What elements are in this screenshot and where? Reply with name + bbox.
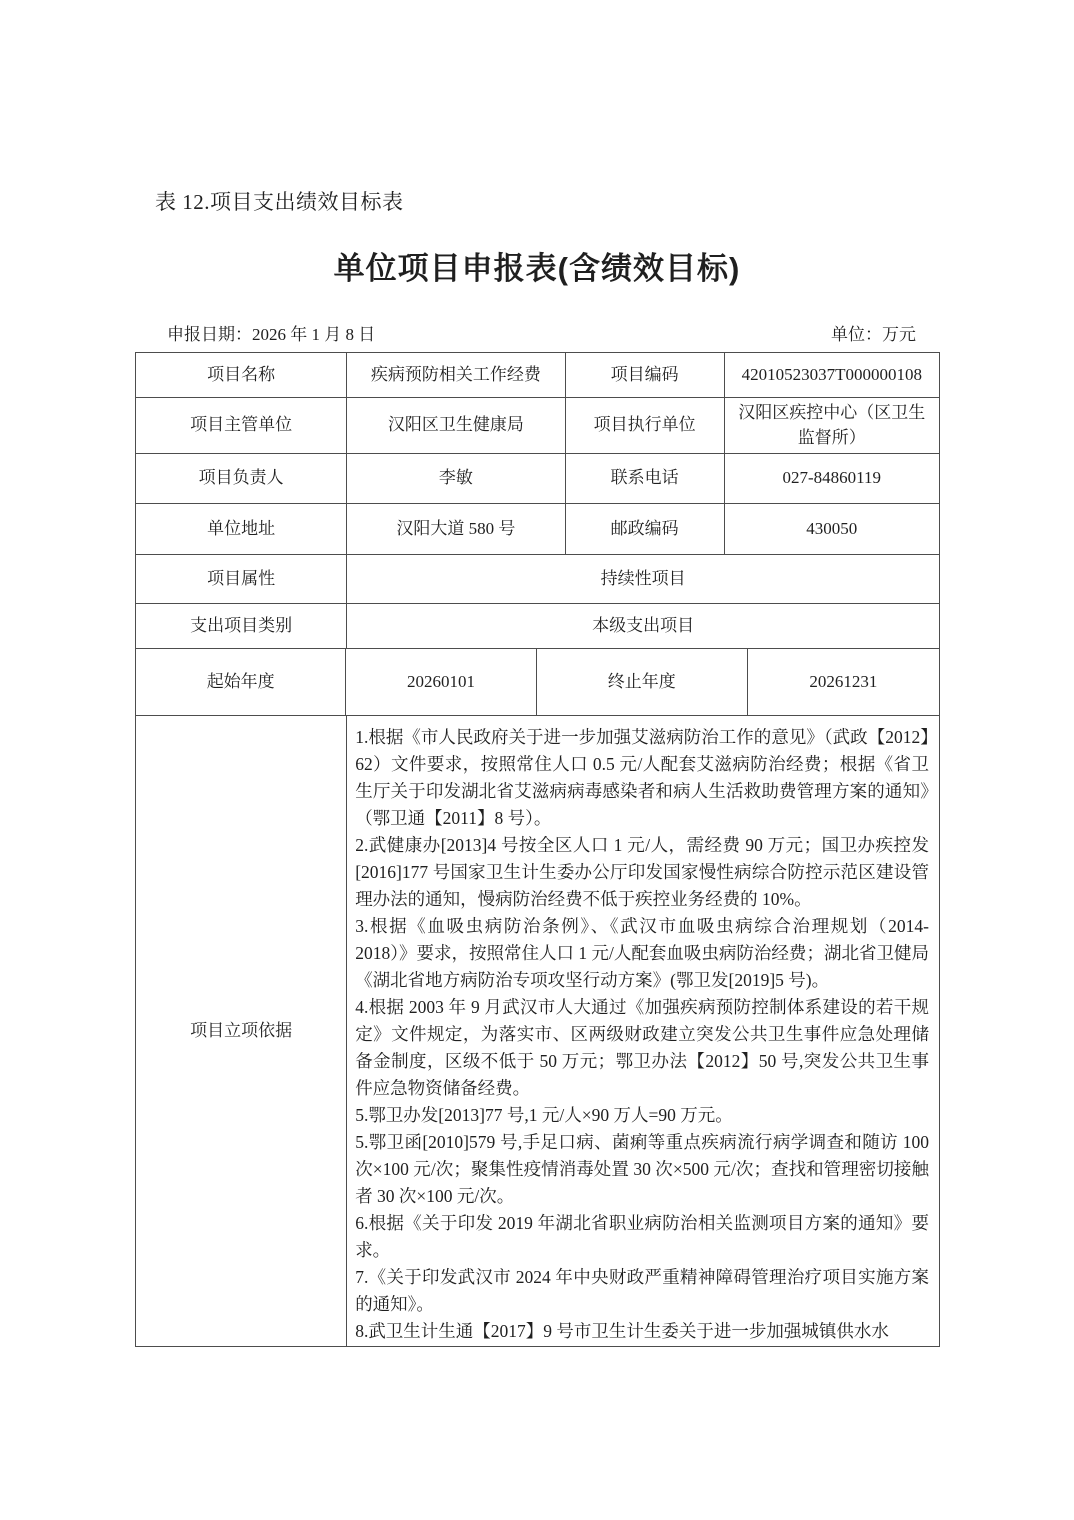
unit-address-label: 单位地址 <box>136 504 347 555</box>
executing-unit-value: 汉阳区疾控中心（区卫生监督所） <box>725 398 939 454</box>
basis-paragraph: 6.根据《关于印发 2019 年湖北省职业病防治相关监测项目方案的通知》要求。 <box>355 1210 929 1264</box>
end-year-label: 终止年度 <box>537 649 748 716</box>
table-row: 项目立项依据 1.根据《市人民政府关于进一步加强艾滋病防治工作的意见》（武政【2… <box>136 716 939 1346</box>
table-row: 支出项目类别 本级支出项目 <box>136 604 939 649</box>
basis-paragraph: 8.武卫生计生通【2017】9 号市卫生计生委关于进一步加强城镇供水水 <box>355 1318 929 1345</box>
start-year-value: 20260101 <box>346 649 536 716</box>
expenditure-category-value: 本级支出项目 <box>347 604 939 649</box>
project-form-table: 项目名称 疾病预防相关工作经费 项目编码 42010523037T0000001… <box>135 352 940 1347</box>
basis-paragraph: 7.《关于印发武汉市 2024 年中央财政严重精神障碍管理治疗项目实施方案的通知… <box>355 1264 929 1318</box>
project-leader-label: 项目负责人 <box>136 454 347 504</box>
project-leader-value: 李敏 <box>347 454 565 504</box>
executing-unit-label: 项目执行单位 <box>566 398 725 454</box>
table-row: 单位地址 汉阳大道 580 号 邮政编码 430050 <box>136 504 939 555</box>
project-attribute-value: 持续性项目 <box>347 555 939 604</box>
page-caption: 表 12.项目支出绩效目标表 <box>155 186 404 216</box>
table-row: 起始年度 20260101 终止年度 20261231 <box>136 649 939 716</box>
unit-address-value: 汉阳大道 580 号 <box>347 504 565 555</box>
declare-date: 申报日期：2026 年 1 月 8 日 <box>167 320 375 345</box>
project-attribute-label: 项目属性 <box>136 555 347 604</box>
unit-note: 单位：万元 <box>831 320 916 345</box>
contact-phone-value: 027-84860119 <box>725 454 939 504</box>
basis-paragraph: 5.鄂卫函[2010]579 号,手足口病、菌痢等重点疾病流行病学调查和随访 1… <box>355 1129 929 1210</box>
table-row: 项目名称 疾病预防相关工作经费 项目编码 42010523037T0000001… <box>136 353 939 398</box>
start-year-label: 起始年度 <box>136 649 346 716</box>
supervisor-unit-value: 汉阳区卫生健康局 <box>347 398 565 454</box>
expenditure-category-label: 支出项目类别 <box>136 604 347 649</box>
form-title: 单位项目申报表(含绩效目标) <box>0 243 1074 288</box>
project-basis-label: 项目立项依据 <box>136 716 347 1346</box>
basis-paragraph: 4.根据 2003 年 9 月武汉市人大通过《加强疾病预防控制体系建设的若干规定… <box>355 994 929 1102</box>
project-name-label: 项目名称 <box>136 353 347 398</box>
project-name-value: 疾病预防相关工作经费 <box>347 353 565 398</box>
table-row: 项目主管单位 汉阳区卫生健康局 项目执行单位 汉阳区疾控中心（区卫生监督所） <box>136 398 939 454</box>
postal-code-value: 430050 <box>725 504 939 555</box>
project-code-value: 42010523037T000000108 <box>725 353 939 398</box>
meta-line: 申报日期：2026 年 1 月 8 日 单位：万元 <box>135 320 940 345</box>
project-code-label: 项目编码 <box>566 353 725 398</box>
document-page: 表 12.项目支出绩效目标表 单位项目申报表(含绩效目标) 申报日期：2026 … <box>0 0 1074 1520</box>
table-row: 项目属性 持续性项目 <box>136 555 939 604</box>
table-row: 项目负责人 李敏 联系电话 027-84860119 <box>136 454 939 504</box>
end-year-value: 20261231 <box>748 649 939 716</box>
project-basis-text: 1.根据《市人民政府关于进一步加强艾滋病防治工作的意见》（武政【2012】62）… <box>347 716 939 1346</box>
postal-code-label: 邮政编码 <box>566 504 725 555</box>
contact-phone-label: 联系电话 <box>566 454 725 504</box>
basis-paragraph: 5.鄂卫办发[2013]77 号,1 元/人×90 万人=90 万元。 <box>355 1102 929 1129</box>
basis-paragraph: 3.根据《血吸虫病防治条例》、《武汉市血吸虫病综合治理规划（2014-2018）… <box>355 913 929 994</box>
basis-paragraph: 1.根据《市人民政府关于进一步加强艾滋病防治工作的意见》（武政【2012】62）… <box>355 724 929 832</box>
basis-paragraph: 2.武健康办[2013]4 号按全区人口 1 元/人，需经费 90 万元；国卫办… <box>355 832 929 913</box>
supervisor-unit-label: 项目主管单位 <box>136 398 347 454</box>
